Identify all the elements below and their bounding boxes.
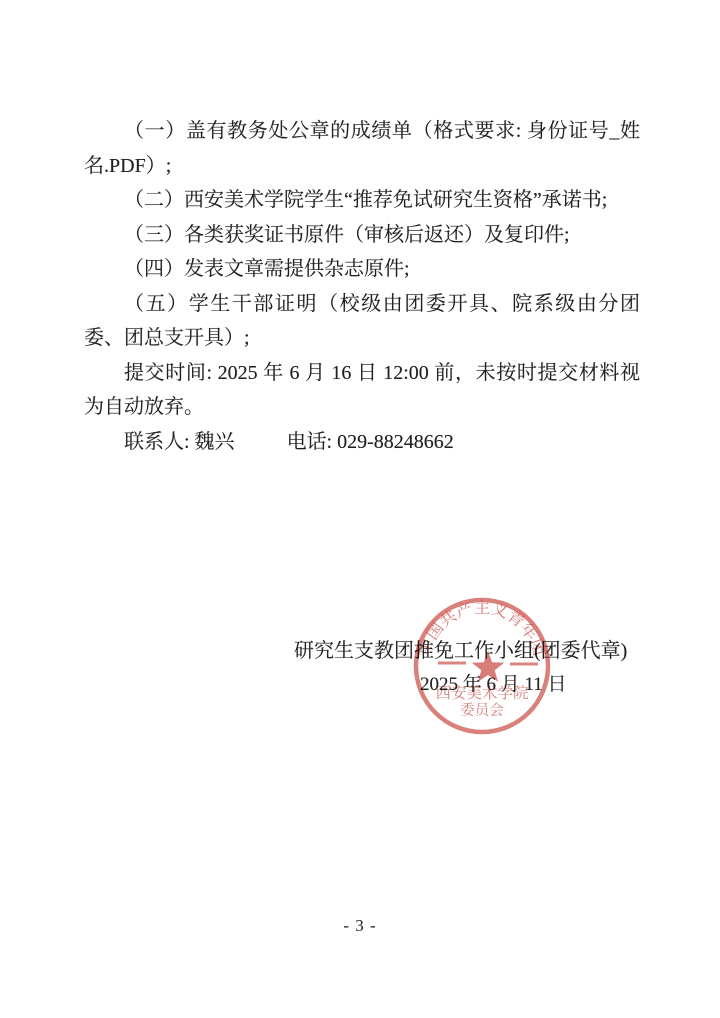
list-item-1: （一）盖有教务处公章的成绩单（格式要求: 身份证号_姓名.PDF）; [84, 114, 640, 183]
page-number: - 3 - [0, 916, 720, 936]
list-item-2: （二）西安美术学院学生“推荐免试研究生资格”承诺书; [84, 183, 640, 218]
official-seal-stamp: 中国共产主义青年团 西安美术学院 委员会 [402, 586, 562, 746]
deadline-text: 提交时间: 2025 年 6 月 16 日 12:00 前，未按时提交材料视为自… [84, 356, 640, 425]
document-body: （一）盖有教务处公章的成绩单（格式要求: 身份证号_姓名.PDF）; （二）西安… [84, 114, 640, 459]
seal-inner-line1: 西安美术学院 [435, 684, 529, 702]
list-item-5: （五）学生干部证明（校级由团委开具、院系级由分团委、团总支开具）; [84, 287, 640, 356]
seal-ring-text: 中国共产主义青年团 [416, 599, 548, 658]
contact-line: 联系人: 魏兴电话: 029-88248662 [84, 425, 640, 460]
seal-star-icon [472, 651, 504, 682]
contact-person: 联系人: 魏兴 [124, 431, 235, 453]
list-item-4: （四）发表文章需提供杂志原件; [84, 252, 640, 287]
scanned-document-page: { "colors": { "background": "#ffffff", "… [0, 0, 720, 1018]
seal-inner-line2: 委员会 [460, 702, 504, 719]
list-item-3: （三）各类获奖证书原件（审核后返还）及复印件; [84, 218, 640, 253]
contact-phone: 电话: 029-88248662 [287, 431, 454, 453]
